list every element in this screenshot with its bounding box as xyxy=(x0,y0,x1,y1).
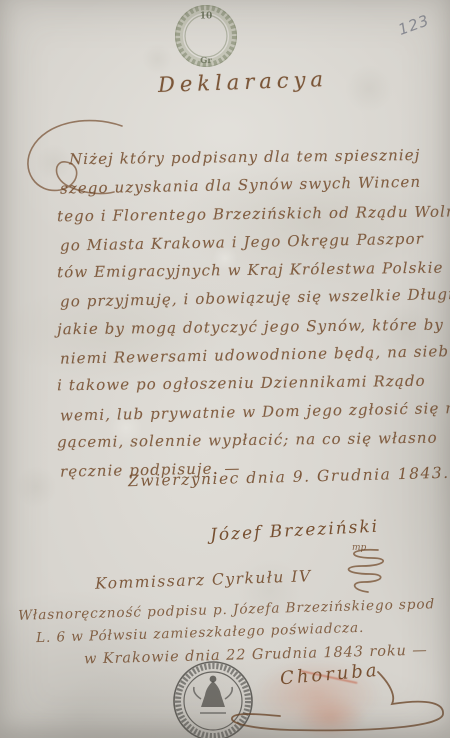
manuscript-body: Niżej który podpisany dla tem spieszniej… xyxy=(57,143,435,483)
official-title-line: Kommissarz Cyrkułu IV xyxy=(95,567,312,593)
certification-line: L. 6 w Półwsiu zamieszkałego poświadcza. xyxy=(36,620,365,646)
revenue-stamp-seal: 10 Gr xyxy=(170,5,242,71)
document-title: Deklaracya xyxy=(158,67,329,97)
declarant-signature: Józef Brzeziński xyxy=(210,517,380,546)
bottom-signature-flourish xyxy=(200,670,450,738)
signature-paraph-flourish xyxy=(328,546,392,598)
stamp-denomination: 10 xyxy=(200,12,213,22)
document-scan: 10 Gr 123 Deklaracya Niżej który podpisa… xyxy=(0,0,450,738)
stamp-unit: Gr xyxy=(200,56,212,66)
certification-line: Własnoręczność podpisu p. Józefa Brzeziń… xyxy=(18,596,435,624)
folio-number-pencil: 123 xyxy=(396,11,432,39)
